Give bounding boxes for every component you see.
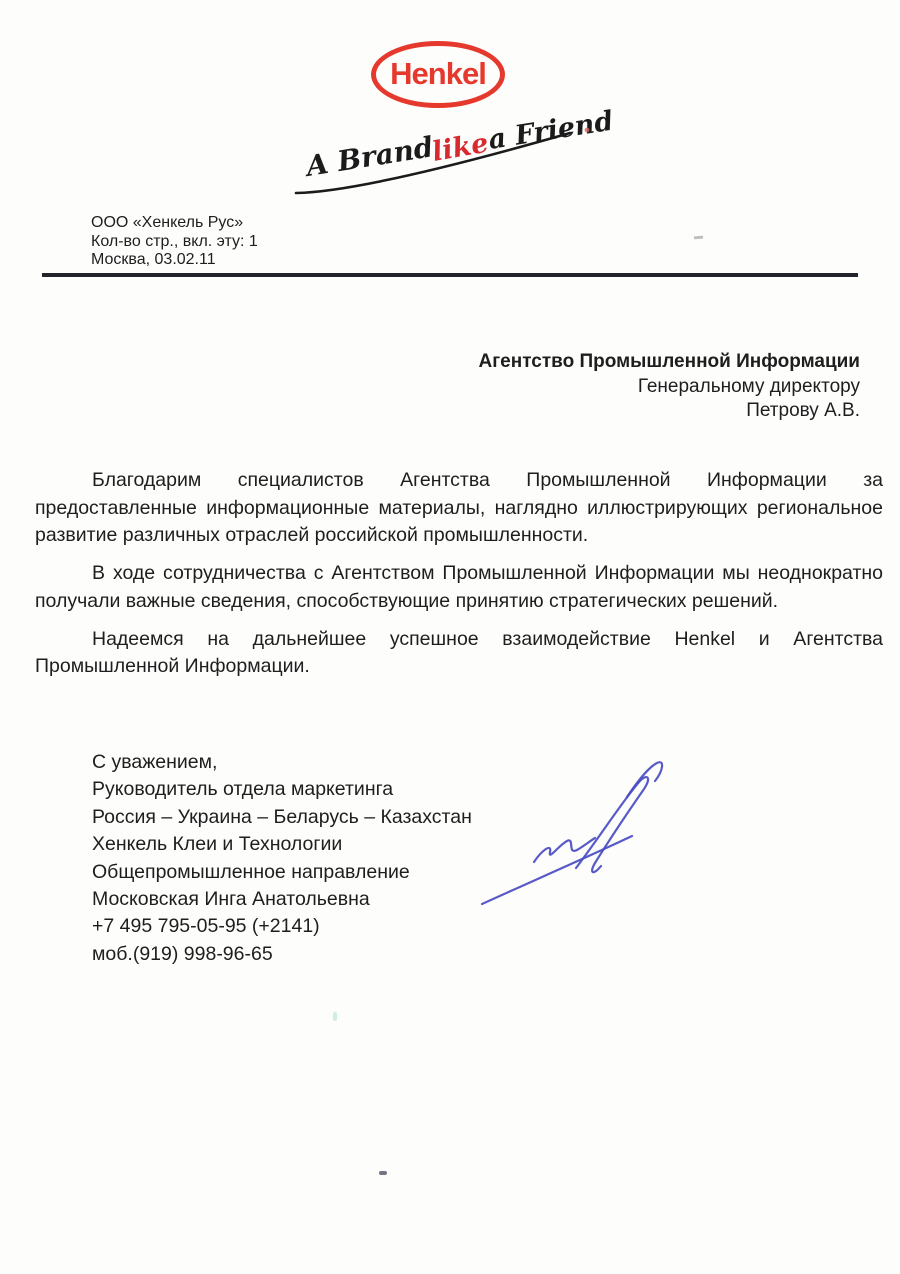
tagline-text-a-brand: A Brand — [301, 130, 436, 183]
recipient-name: Петрову А.В. — [479, 399, 860, 424]
letter-page: Henkel A Brand like a Friend ООО «Хенкел… — [0, 0, 900, 1274]
signature-division: Хенкель Клеи и Технологии — [92, 831, 472, 858]
header-divider — [42, 273, 858, 277]
signature-closing: С уважением, — [92, 749, 472, 776]
signature-mobile: моб.(919) 998-96-65 — [92, 941, 472, 968]
scan-artifact-dash — [694, 236, 703, 240]
recipient-organization: Агентство Промышленной Информации — [479, 350, 860, 375]
body-paragraph-3: Надеемся на дальнейшее успешное взаимоде… — [35, 626, 883, 681]
body-paragraph-1: Благодарим специалистов Агентства Промыш… — [35, 467, 883, 550]
letter-body: Благодарим специалистов Агентства Промыш… — [35, 467, 883, 691]
recipient-block: Агентство Промышленной Информации Генера… — [479, 350, 860, 424]
signature-stroke-underline — [482, 836, 632, 904]
henkel-logo-text: Henkel — [390, 58, 486, 91]
sender-block: ООО «Хенкель Рус» Кол-во стр., вкл. эту:… — [91, 214, 258, 270]
signature-phone: +7 495 795-05-95 (+2141) — [92, 913, 472, 940]
signature-department: Общепромышленное направление — [92, 859, 472, 886]
tagline-text-like: like — [430, 128, 491, 168]
body-paragraph-2: В ходе сотрудничества с Агентством Промы… — [35, 560, 883, 615]
scan-artifact-dark-speck — [379, 1171, 387, 1175]
sender-pages-line: Кол-во стр., вкл. эту: 1 — [91, 233, 258, 252]
sender-city-date: Москва, 03.02.11 — [91, 251, 258, 270]
scan-artifact-cyan-speck — [333, 1012, 337, 1021]
tagline-text-a-friend: a Friend — [486, 106, 615, 156]
signature-region: Россия – Украина – Беларусь – Казахстан — [92, 804, 472, 831]
recipient-position: Генеральному директору — [479, 375, 860, 400]
brand-tagline: A Brand like a Friend — [292, 100, 602, 200]
signature-name: Московская Инга Анатольевна — [92, 886, 472, 913]
handwritten-signature — [478, 756, 698, 916]
signature-block: С уважением, Руководитель отдела маркети… — [92, 749, 472, 968]
tagline-end-dot — [585, 128, 590, 133]
sender-company: ООО «Хенкель Рус» — [91, 214, 258, 233]
henkel-logo: Henkel — [371, 41, 505, 108]
signature-title: Руководитель отдела маркетинга — [92, 776, 472, 803]
